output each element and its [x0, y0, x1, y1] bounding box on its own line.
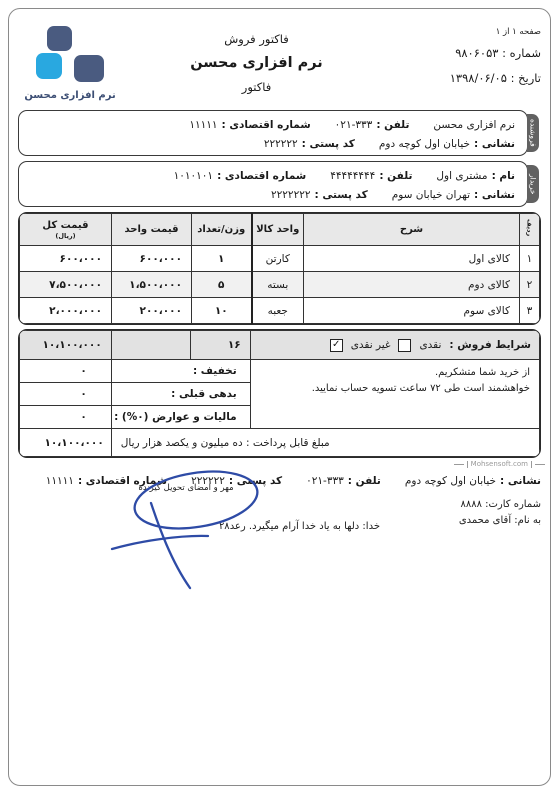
tax-label: مالیات و عوارض (۰%) : [111, 406, 250, 429]
sale-terms-label: شرایط فروش : [449, 339, 531, 351]
seller-phone: تلفن : ۰۲۱-۳۳۳ [335, 119, 410, 131]
items-table: ردیف شرح واحد کالا وزن/تعداد قیمت واحد ق… [19, 213, 540, 324]
summary-discount-row: از خرید شما متشکریم. خواهشمند است طی ۷۲ … [20, 360, 540, 383]
previous-debt-value: ۰ [20, 383, 112, 406]
item-row: ۳ کالای سوم جعبه ۱۰ ۲۰۰،۰۰۰ ۲،۰۰۰،۰۰۰ [20, 298, 540, 324]
item-row-number: ۳ [520, 298, 540, 324]
invoice-date: تاریخ : ۱۳۹۸/۰۶/۰۵ [391, 71, 541, 85]
title-line1: فاکتور فروش [122, 32, 391, 46]
item-unit-price: ۶۰۰،۰۰۰ [112, 246, 192, 272]
items-table-box: ردیف شرح واحد کالا وزن/تعداد قیمت واحد ق… [18, 212, 541, 325]
item-quantity: ۵ [192, 272, 252, 298]
summary-table: شرایط فروش : نقدی غیر نقدی ✓ ۱۶ ۱۰،۱۰۰،۰… [19, 330, 540, 457]
item-row: ۲ کالای دوم بسته ۵ ۱،۵۰۰،۰۰۰ ۷،۵۰۰،۰۰۰ [20, 272, 540, 298]
discount-value: ۰ [20, 360, 112, 383]
tax-value: ۰ [20, 406, 112, 429]
invoice-page: صفحه ۱ از ۱ شماره : ۹۸۰۶۰۵۳ تاریخ : ۱۳۹۸… [0, 0, 559, 794]
item-description: کالای اول [304, 246, 520, 272]
buyer-address: نشانی : تهران خیابان سوم [392, 189, 515, 201]
payable-row: مبلغ قابل پرداخت : ده میلیون و یکصد هزار… [20, 429, 540, 457]
payable-amount: ۱۰،۱۰۰،۰۰۰ [20, 429, 112, 457]
logo-square-dark-bottom [74, 55, 104, 82]
company-logo: نرم افزاری محسن [18, 24, 122, 101]
item-row: ۱ کالای اول کارتن ۱ ۶۰۰،۰۰۰ ۶۰۰،۰۰۰ [20, 246, 540, 272]
previous-debt-label: بدهی قبلی : [111, 383, 250, 406]
summary-totals-row: شرایط فروش : نقدی غیر نقدی ✓ ۱۶ ۱۰،۱۰۰،۰… [20, 331, 540, 360]
item-total-price: ۶۰۰،۰۰۰ [20, 246, 112, 272]
col-header-row-number: ردیف [520, 214, 540, 246]
seller-row-1: نرم افزاری محسن تلفن : ۰۲۱-۳۳۳ شماره اقت… [27, 115, 515, 134]
payable-amount-words: مبلغ قابل پرداخت : ده میلیون و یکصد هزار… [111, 429, 539, 457]
title-line3: فاکتور [122, 80, 391, 94]
seller-box: فروشنده نرم افزاری محسن تلفن : ۰۲۱-۳۳۳ ش… [18, 110, 528, 156]
buyer-postal-code: کد پستی : ۲۲۲۲۲۲۲ [271, 189, 368, 201]
discount-label: تخفیف : [111, 360, 250, 383]
cash-label: نقدی [419, 339, 441, 351]
item-unit: کارتن [252, 246, 304, 272]
footer-address: نشانی : خیابان اول کوچه دوم [405, 475, 541, 487]
seller-address: نشانی : خیابان اول کوچه دوم [379, 138, 515, 150]
noncash-label: غیر نقدی [351, 339, 391, 351]
page-count: صفحه ۱ از ۱ [391, 27, 541, 37]
col-header-description: شرح [304, 214, 520, 246]
item-description: کالای سوم [304, 298, 520, 324]
buyer-row-1: نام : مشتری اول تلفن : ۴۴۴۴۴۴۴۴ شماره اق… [27, 166, 515, 185]
item-quantity: ۱۰ [192, 298, 252, 324]
seller-economic-code: شماره اقتصادی : ۱۱۱۱۱ [189, 119, 310, 131]
item-total-price: ۷،۵۰۰،۰۰۰ [20, 272, 112, 298]
buyer-row-2: نشانی : تهران خیابان سوم کد پستی : ۲۲۲۲۲… [27, 185, 515, 204]
item-unit-price: ۱،۵۰۰،۰۰۰ [112, 272, 192, 298]
buyer-name: نام : مشتری اول [436, 170, 515, 182]
cash-checkbox [398, 339, 411, 352]
logo-square-blue [36, 53, 62, 79]
empty-cell [111, 331, 190, 360]
col-header-unit-price: قیمت واحد [112, 214, 192, 246]
item-quantity: ۱ [192, 246, 252, 272]
invoice-title: فاکتور فروش نرم افزاری محسن فاکتور [122, 24, 391, 94]
thank-you-message: از خرید شما متشکریم. خواهشمند است طی ۷۲ … [250, 360, 539, 429]
watermark-text: Mohsensoft.com [471, 460, 528, 468]
check-icon: ✓ [332, 340, 340, 350]
buyer-box: خریدار نام : مشتری اول تلفن : ۴۴۴۴۴۴۴۴ ش… [18, 161, 528, 207]
item-row-number: ۲ [520, 272, 540, 298]
logo-wordmark: نرم افزاری محسن [24, 90, 115, 101]
buyer-economic-code: شماره اقتصادی : ۱۰۱۰۱۰۱ [174, 170, 307, 182]
item-unit: جعبه [252, 298, 304, 324]
buyer-phone: تلفن : ۴۴۴۴۴۴۴۴ [330, 170, 412, 182]
buyer-tab: خریدار [527, 165, 539, 203]
item-row-number: ۱ [520, 246, 540, 272]
col-header-quantity: وزن/تعداد [192, 214, 252, 246]
summary-box: شرایط فروش : نقدی غیر نقدی ✓ ۱۶ ۱۰،۱۰۰،۰… [18, 329, 541, 458]
invoice-meta: صفحه ۱ از ۱ شماره : ۹۸۰۶۰۵۳ تاریخ : ۱۳۹۸… [391, 24, 541, 96]
total-quantity: ۱۶ [191, 331, 251, 360]
invoice-number: شماره : ۹۸۰۶۰۵۳ [391, 46, 541, 60]
handwritten-signature [85, 455, 315, 600]
footer-phone: تلفن : ۰۲۱-۳۳۳ [306, 475, 381, 487]
item-unit-price: ۲۰۰،۰۰۰ [112, 298, 192, 324]
logo-square-dark-top [47, 26, 72, 51]
seller-postal-code: کد پستی : ۲۲۲۲۲۲ [264, 138, 355, 150]
items-header-row: ردیف شرح واحد کالا وزن/تعداد قیمت واحد ق… [20, 214, 540, 246]
item-total-price: ۲،۰۰۰،۰۰۰ [20, 298, 112, 324]
sale-terms: شرایط فروش : نقدی غیر نقدی ✓ [250, 331, 539, 360]
item-description: کالای دوم [304, 272, 520, 298]
col-header-total-price: قیمت کل (ریال) [20, 214, 112, 246]
company-name: نرم افزاری محسن [122, 55, 391, 71]
logo-icon [36, 26, 104, 83]
seller-row-2: نشانی : خیابان اول کوچه دوم کد پستی : ۲۲… [27, 134, 515, 153]
invoice-header: صفحه ۱ از ۱ شماره : ۹۸۰۶۰۵۳ تاریخ : ۱۳۹۸… [18, 24, 541, 110]
seller-name: نرم افزاری محسن [433, 119, 515, 131]
col-header-unit: واحد کالا [252, 214, 304, 246]
noncash-checkbox-checked: ✓ [330, 339, 343, 352]
grand-total: ۱۰،۱۰۰،۰۰۰ [20, 331, 112, 360]
item-unit: بسته [252, 272, 304, 298]
seller-tab: فروشنده [527, 114, 539, 152]
